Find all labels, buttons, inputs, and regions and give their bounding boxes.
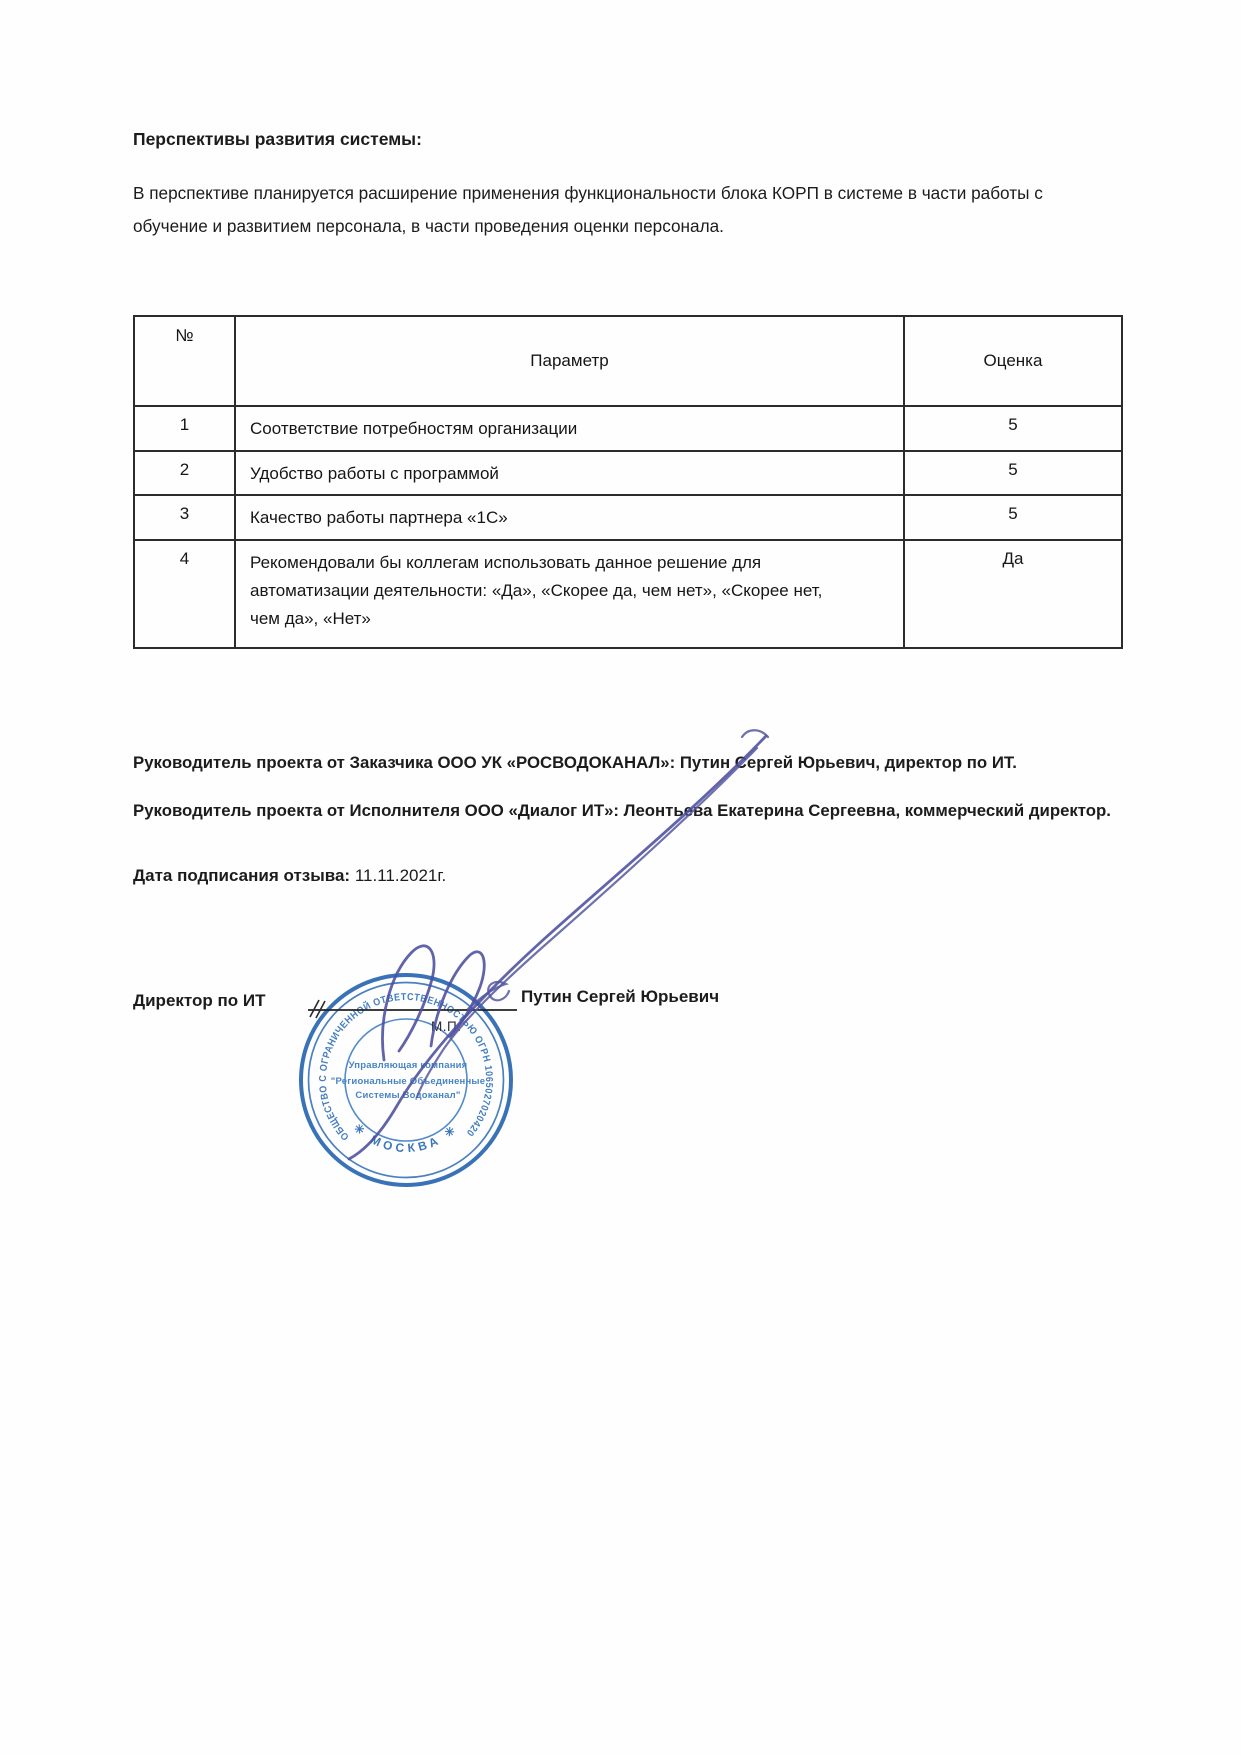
row-param-cell: Удобство работы с программой [235, 451, 904, 495]
signature-name: Путин Сергей Юрьевич [521, 987, 719, 1007]
row-score-cell: 5 [904, 495, 1122, 540]
table-row: 3 Качество работы партнера «1С» 5 [134, 495, 1122, 540]
row-num-cell: 1 [134, 406, 235, 451]
scanned-document-page: Перспективы развития системы: В перспект… [0, 0, 1241, 1755]
stamp-center-line-3: Системы Водоканал" [355, 1090, 460, 1101]
table-row: 2 Удобство работы с программой 5 [134, 451, 1122, 495]
stamp-bottom-text: ✳ МОСКВА ✳ [351, 1121, 462, 1156]
row-num-cell: 4 [134, 540, 235, 648]
row-param-line: автоматизации деятельности: «Да», «Скоре… [250, 577, 879, 605]
signatory-customer-line: Руководитель проекта от Заказчика ООО УК… [133, 753, 1017, 773]
signature-stroke [742, 730, 768, 737]
row-param-line: Рекомендовали бы коллегам использовать д… [250, 549, 879, 577]
table-row: 1 Соответствие потребностям организации … [134, 406, 1122, 451]
row-param-cell: Качество работы партнера «1С» [235, 495, 904, 540]
signing-date-label: Дата подписания отзыва: [133, 866, 350, 885]
row-score-cell: 5 [904, 451, 1122, 495]
stamp-bottom-textpath: ✳ МОСКВА ✳ [351, 1121, 462, 1156]
row-num-cell: 3 [134, 495, 235, 540]
intro-line-1: В перспективе планируется расширение при… [133, 177, 1153, 210]
intro-line-2: обучение и развитием персонала, в части … [133, 210, 1153, 243]
signatory-contractor-line: Руководитель проекта от Исполнителя ООО … [133, 801, 1111, 821]
row-param-cell: Рекомендовали бы коллегам использовать д… [235, 540, 904, 648]
column-header-score: Оценка [904, 316, 1122, 406]
row-score-cell: Да [904, 540, 1122, 648]
table-header-row: № Параметр Оценка [134, 316, 1122, 406]
stamp-place-mark: М.П. [431, 1019, 461, 1034]
company-stamp: ОБЩЕСТВО С ОГРАНИЧЕННОЙ ОТВЕТСТВЕННОСТЬЮ… [293, 967, 519, 1193]
ratings-table: № Параметр Оценка 1 Соответствие потребн… [133, 315, 1123, 649]
stamp-center-line-1: Управляющая компания [349, 1060, 468, 1071]
table-row: 4 Рекомендовали бы коллегам использовать… [134, 540, 1122, 648]
row-num-cell: 2 [134, 451, 235, 495]
column-header-param: Параметр [235, 316, 904, 406]
signing-date-line: Дата подписания отзыва: 11.11.2021г. [133, 866, 446, 886]
document-title: Перспективы развития системы: [133, 129, 422, 150]
intro-paragraph: В перспективе планируется расширение при… [133, 177, 1153, 243]
row-param-cell: Соответствие потребностям организации [235, 406, 904, 451]
signing-date-value: 11.11.2021г. [355, 866, 446, 885]
column-header-num: № [134, 316, 235, 406]
row-param-line: чем да», «Нет» [250, 605, 879, 633]
stamp-center-line-2: "Региональные Объединенные [331, 1076, 485, 1087]
signature-role-label: Директор по ИТ [133, 991, 265, 1011]
row-score-cell: 5 [904, 406, 1122, 451]
